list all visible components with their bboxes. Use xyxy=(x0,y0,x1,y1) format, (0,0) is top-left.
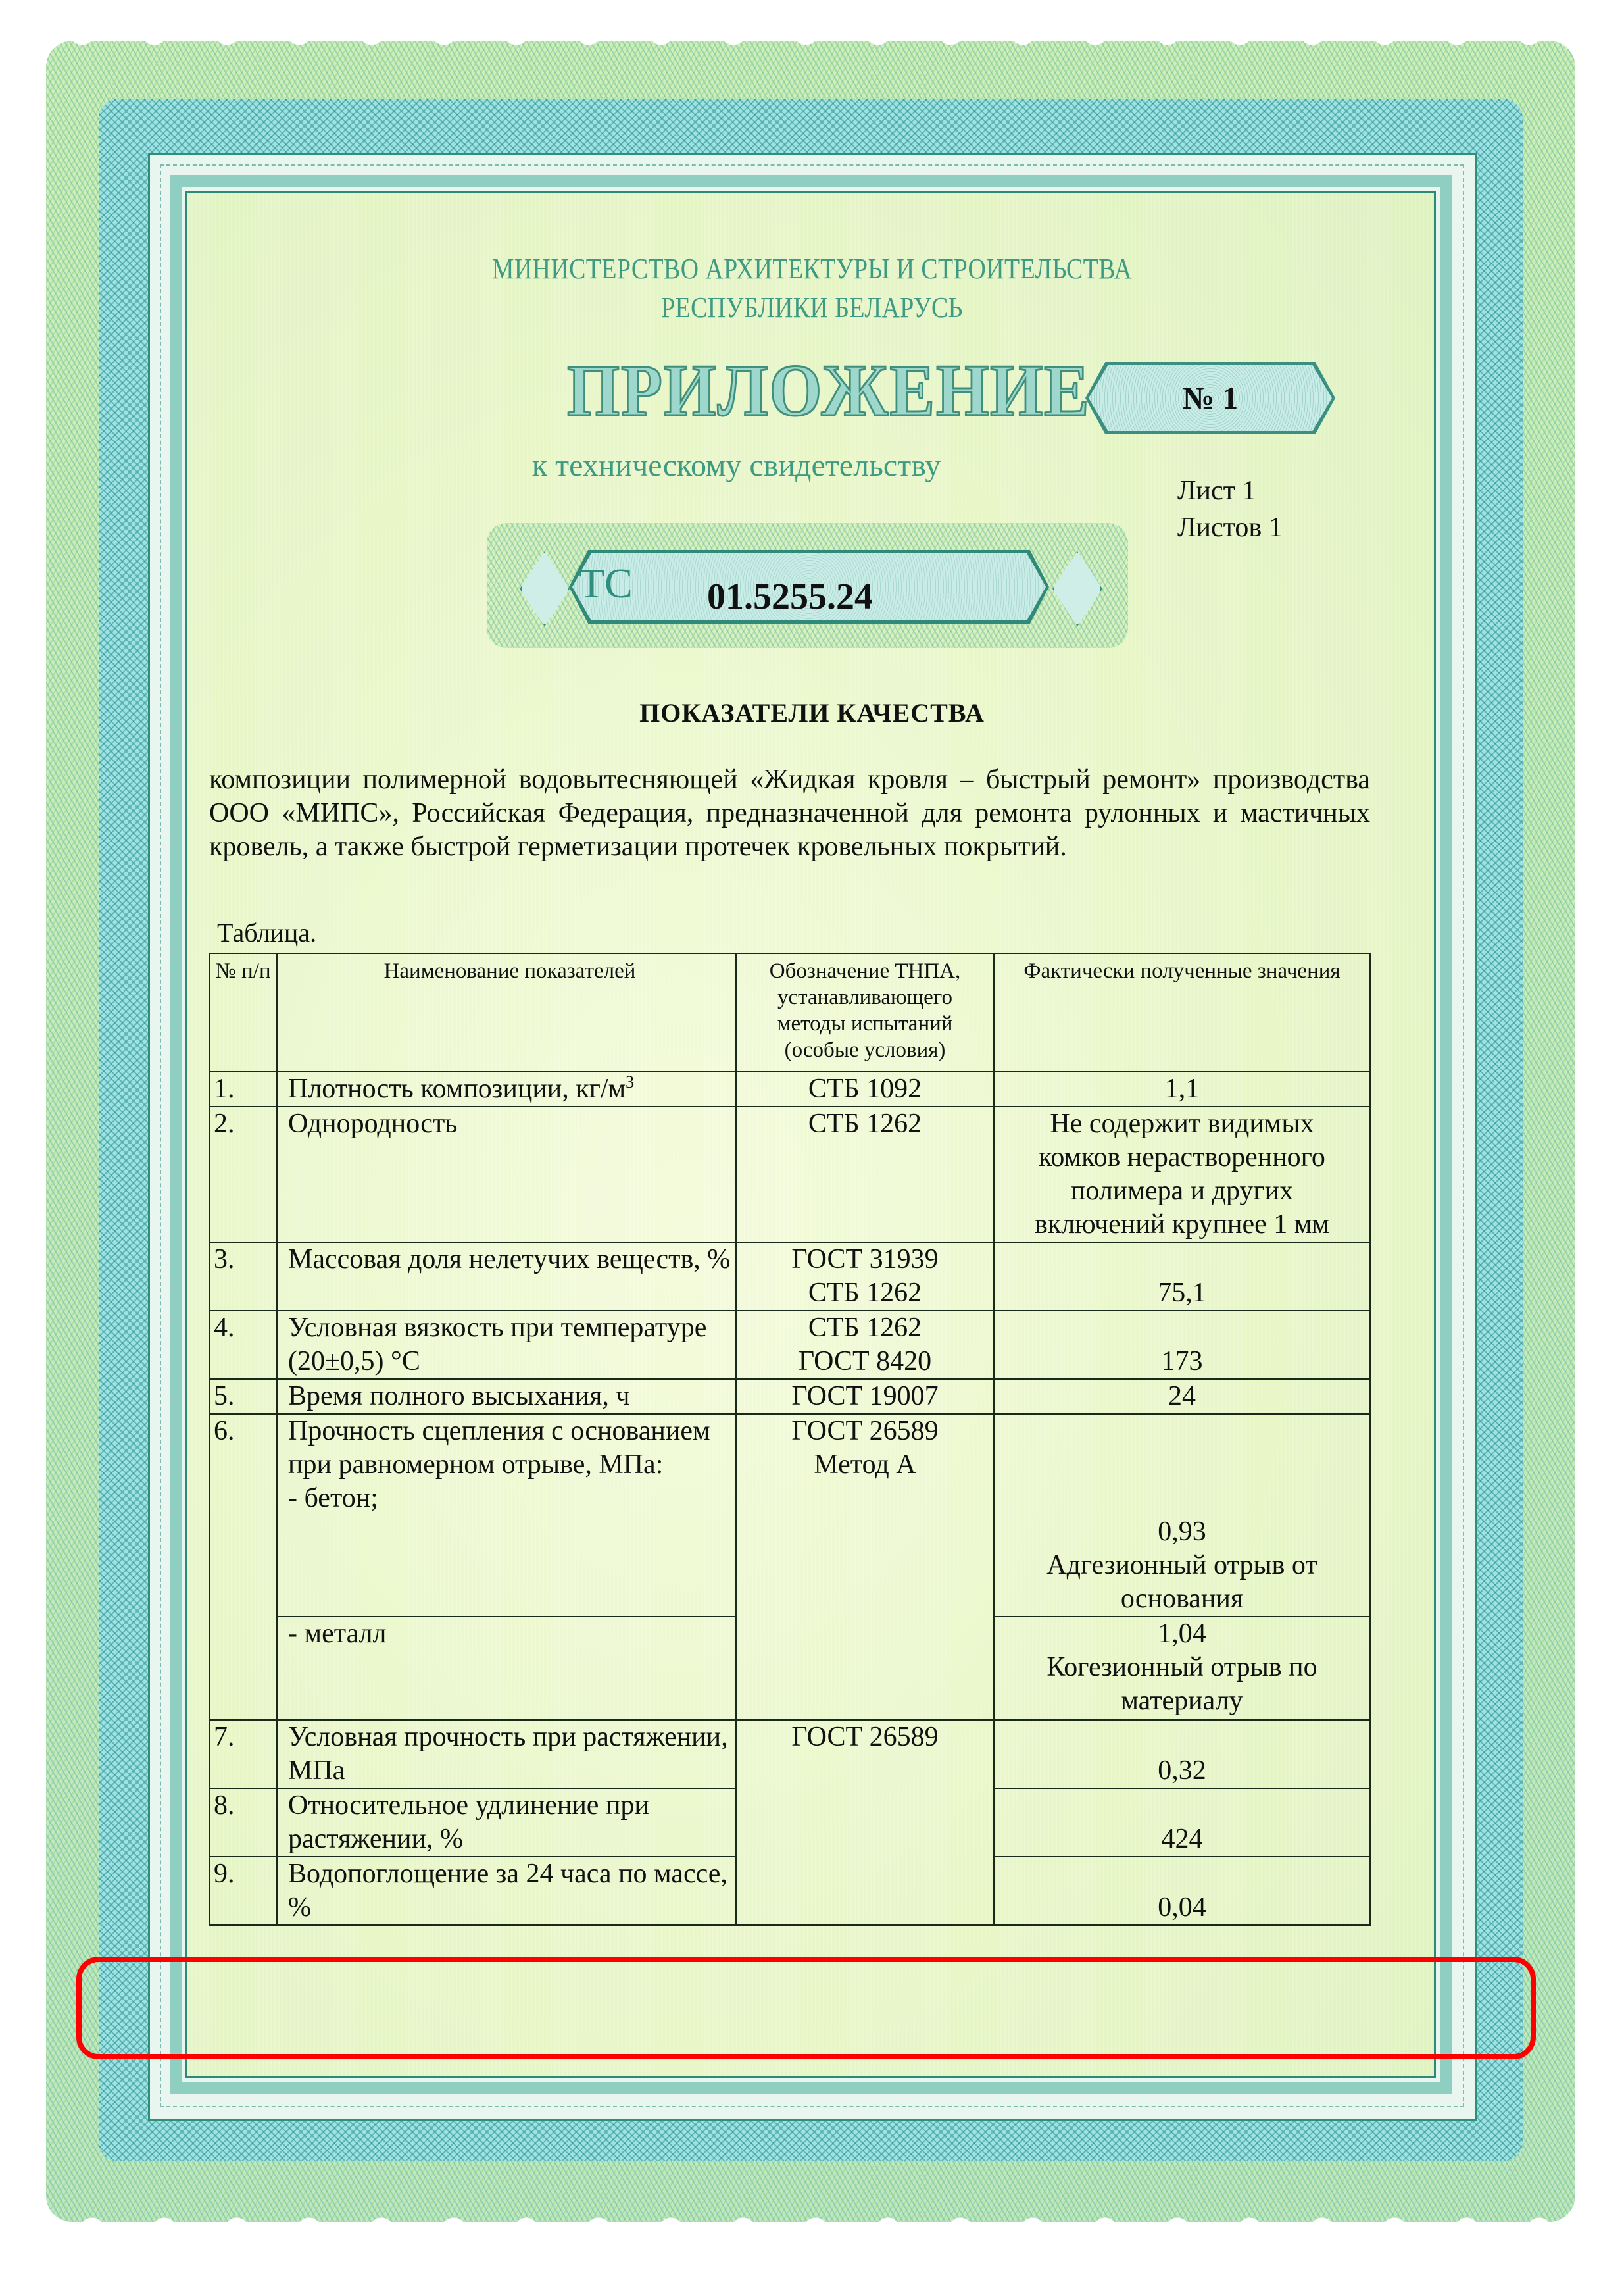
row-standard: СТБ 1092 xyxy=(736,1072,994,1107)
row-standard: ГОСТ 26589 xyxy=(736,1720,994,1925)
sub-row-name: - бетон; xyxy=(288,1482,731,1515)
sheet-info: Лист 1 Листов 1 xyxy=(1177,472,1283,546)
row-value: 1,1 xyxy=(994,1072,1370,1107)
sub-row-note: Адгезионный отрыв от основания xyxy=(998,1549,1366,1616)
row-num: 3. xyxy=(209,1242,277,1311)
table-row: 2. Однородность СТБ 1262 Не содержит вид… xyxy=(209,1107,1370,1242)
table-row: 6. Прочность сцепления с основанием при … xyxy=(209,1414,1370,1617)
sub-row-value: 0,93 xyxy=(998,1515,1366,1549)
table-row: 5. Время полного высыхания, ч ГОСТ 19007… xyxy=(209,1379,1370,1414)
tc-label: ТС xyxy=(579,559,633,608)
row-num: 6. xyxy=(209,1414,277,1720)
tc-number: 01.5255.24 xyxy=(707,576,873,618)
header-name: Наименование показателей xyxy=(277,953,736,1072)
row-num: 7. xyxy=(209,1720,277,1788)
row-value: 424 xyxy=(994,1788,1370,1857)
row-value: 0,04 xyxy=(994,1857,1370,1925)
table-row: 7. Условная прочность при растяжении, МП… xyxy=(209,1720,1370,1788)
table-caption: Таблица. xyxy=(217,917,316,948)
row-standard: ГОСТ 26589 Метод А xyxy=(736,1414,994,1720)
row-num: 4. xyxy=(209,1311,277,1379)
sub-row-note: Когезионный отрыв по материалу xyxy=(998,1651,1366,1718)
table-header-row: № п/п Наименование показателей Обозначен… xyxy=(209,953,1370,1072)
row-standard: ГОСТ 31939 СТБ 1262 xyxy=(736,1242,994,1311)
row-name: Однородность xyxy=(277,1107,736,1242)
row-num: 2. xyxy=(209,1107,277,1242)
sub-row-value: 1,04 xyxy=(998,1617,1366,1651)
row-name: Время полного высыхания, ч xyxy=(277,1379,736,1414)
row-value: 173 xyxy=(994,1311,1370,1379)
row-name: Условная прочность при растяжении, МПа xyxy=(277,1720,736,1788)
table-row: 4. Условная вязкость при температуре (20… xyxy=(209,1311,1370,1379)
row-name: Относительное удлинение при растяжении, … xyxy=(277,1788,736,1857)
row-name: Водопоглощение за 24 часа по массе, % xyxy=(277,1857,736,1925)
row-value: 1,04 Когезионный отрыв по материалу xyxy=(994,1617,1370,1720)
row-value: Не содержит видимых комков нерастворенно… xyxy=(994,1107,1370,1242)
row-num: 1. xyxy=(209,1072,277,1107)
row-num: 5. xyxy=(209,1379,277,1414)
quality-table: № п/п Наименование показателей Обозначен… xyxy=(209,953,1371,1926)
document-title: ПРИЛОЖЕНИЕ xyxy=(567,349,1051,434)
table-row: 3. Массовая доля нелетучих веществ, % ГО… xyxy=(209,1242,1370,1311)
header-value: Фактически полученные значения xyxy=(994,953,1370,1072)
row-standard: СТБ 1262 ГОСТ 8420 xyxy=(736,1311,994,1379)
row-standard: ГОСТ 19007 xyxy=(736,1379,994,1414)
row-value: 0,93 Адгезионный отрыв от основания xyxy=(994,1414,1370,1617)
row-num: 9. xyxy=(209,1857,277,1925)
row-name: Условная вязкость при температуре (20±0,… xyxy=(277,1311,736,1379)
document-subtitle: к техническому свидетельству xyxy=(0,447,1548,484)
row-name: Плотность композиции, кг/м3 xyxy=(277,1072,736,1107)
sub-row-name: - металл xyxy=(277,1617,736,1720)
row-value: 24 xyxy=(994,1379,1370,1414)
sheet-number: Лист 1 xyxy=(1177,472,1283,509)
row-name: Прочность сцепления с основанием при рав… xyxy=(277,1414,736,1617)
row-standard: СТБ 1262 xyxy=(736,1107,994,1242)
table-row: 1. Плотность композиции, кг/м3 СТБ 1092 … xyxy=(209,1072,1370,1107)
header-num: № п/п xyxy=(209,953,277,1072)
section-heading: ПОКАЗАТЕЛИ КАЧЕСТВА xyxy=(0,697,1624,728)
ministry-name-line1: МИНИСТЕРСТВО АРХИТЕКТУРЫ И СТРОИТЕЛЬСТВА xyxy=(114,252,1510,286)
appendix-number-badge: № 1 xyxy=(1089,365,1332,431)
row-num: 8. xyxy=(209,1788,277,1857)
sheets-total: Листов 1 xyxy=(1177,509,1283,546)
row-value: 0,32 xyxy=(994,1720,1370,1788)
row-value: 75,1 xyxy=(994,1242,1370,1311)
row-name: Массовая доля нелетучих веществ, % xyxy=(277,1242,736,1311)
product-description: композиции полимерной водовытесняющей «Ж… xyxy=(209,763,1370,864)
ministry-name-line2: РЕСПУБЛИКИ БЕЛАРУСЬ xyxy=(114,291,1510,324)
header-standard: Обозначение ТНПА, устанавливающего метод… xyxy=(736,953,994,1072)
appendix-number: № 1 xyxy=(1183,380,1238,416)
